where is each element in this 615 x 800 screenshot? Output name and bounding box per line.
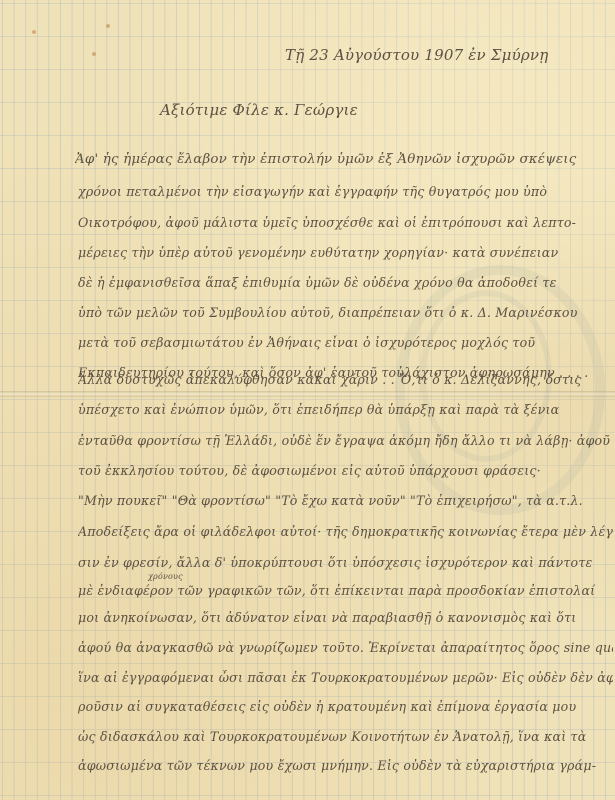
foxing-spot: [106, 24, 110, 28]
interlinear-annotation: χρόνους: [148, 572, 183, 581]
letter-body-line: μετὰ τοῦ σεβασμιωτάτου ἐν Ἀθήναις εἶναι …: [78, 335, 613, 350]
letter-dateline: Τῇ 23 Αὐγούστου 1907 ἐν Σμύρνῃ: [285, 46, 548, 64]
letter-body-line: δὲ ἡ ἐμφανισθεῖσα ἅπαξ ἐπιθυμία ὑμῶν δὲ …: [78, 275, 613, 290]
foxing-spot: [92, 52, 96, 56]
letter-body-line: ἐνταῦθα φροντίσω τῇ Ἑλλάδι, οὐδὲ ἕν ἔγρα…: [78, 433, 613, 448]
letter-body-line: Ἀλλὰ δυστυχῶς ἀπεκαλύφθησαν κακαὶ χάριν …: [78, 372, 613, 387]
letter-body-line: Ἀφ' ἧς ἡμέρας ἔλαβον τὴν ἐπιστολήν ὑμῶν …: [75, 152, 610, 167]
letter-body-line: μοι ἀνηκοίνωσαν, ὅτι ἀδύνατον εἶναι νὰ π…: [78, 610, 613, 625]
letter-body-line: σιν ἐν φρεσίν, ἄλλα δ' ὑποκρύπτουσι ὅτι …: [78, 555, 613, 570]
letter-body-line: ἀφωσιωμένα τῶν τέκνων μου ἔχωσι μνήμην. …: [78, 758, 613, 773]
letter-body-line: "Μὴν πουκεῖ" "Θὰ φροντίσω" "Τὸ ἔχω κατὰ …: [78, 493, 613, 508]
letter-body-line: ὑπέσχετο καὶ ἐνώπιον ὑμῶν, ὅτι ἐπειδήπερ…: [78, 402, 613, 417]
letter-body-line: Αποδείξεις ἄρα οἱ φιλάδελφοι αὐτοί· τῆς …: [78, 524, 613, 539]
letter-body-line: ὑπὸ τῶν μελῶν τοῦ Συμβουλίου αὐτοῦ, διαπ…: [78, 305, 613, 320]
letter-body-line: ἀφού θα ἀναγκασθῶ νὰ γνωρίζωμεν τοῦτο. Ἐ…: [78, 640, 613, 655]
foxing-spot: [32, 30, 36, 34]
letter-body-line: ἵνα αἱ ἐγγραφόμεναι ὦσι πᾶσαι ἐκ Τουρκοκ…: [78, 670, 613, 685]
letter-body-line: ροῦσιν αἱ συγκαταθέσεις εἰς οὐδὲν ἡ κρατ…: [78, 699, 613, 714]
letter-body-line: μέρειες τὴν ὑπὲρ αὐτοῦ γενομένην ευθύτατ…: [78, 245, 613, 260]
letter-salutation: Αξιότιμε Φίλε κ. Γεώργιε: [160, 101, 358, 119]
letter-body-line: χρόνοι πεταλμένοι τὴν εἰσαγωγήν καὶ ἐγγρ…: [78, 184, 613, 199]
letter-body-line: Οικοτρόφου, ἀφοῦ μάλιστα ὑμεῖς ὑποσχέσθε…: [78, 215, 613, 230]
letter-body-line: ὡς διδασκάλου καὶ Τουρκοκρατουμένων Κοιν…: [78, 729, 613, 744]
letter-body-line: τοῦ ἐκκλησίου τούτου, δὲ ἀφοσιωμένοι εἰς…: [78, 463, 613, 478]
letter-body-line: μὲ ἐνδιαφέρον τῶν γραφικῶν τῶν, ὅτι ἐπίκ…: [78, 583, 613, 598]
